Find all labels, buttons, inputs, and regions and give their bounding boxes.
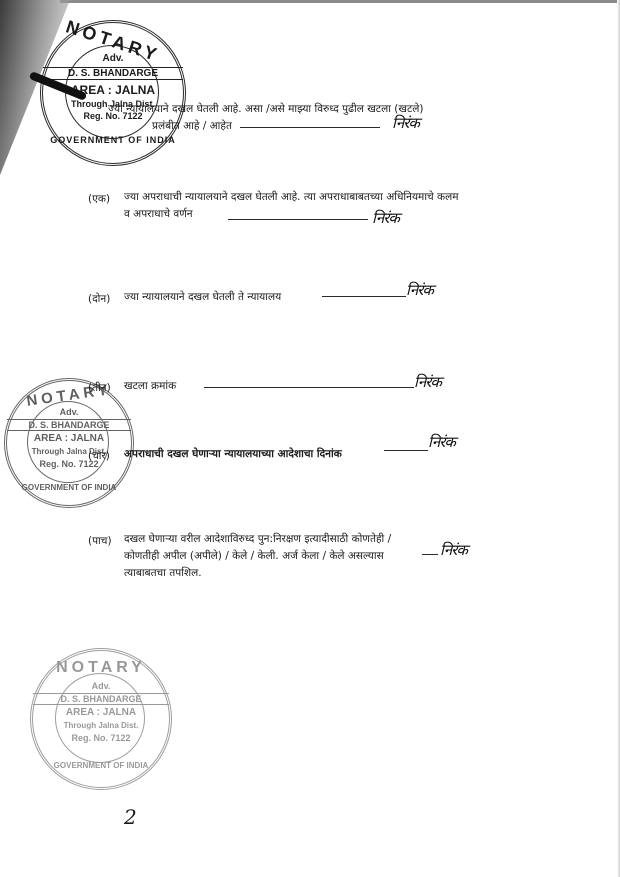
stamp-line: Reg. No. 7122 xyxy=(7,459,131,469)
scan-top-edge xyxy=(60,0,620,3)
stamp-line: Reg. No. 7122 xyxy=(33,733,169,743)
stamp-line: D. S. BHANDARGE xyxy=(33,693,169,705)
stamp-line: AREA : JALNA xyxy=(7,433,131,444)
stamp-line: Through Jalna Dist. xyxy=(7,447,131,456)
stamp-line: Through Jalna Dist. xyxy=(33,721,169,730)
item-don-line-1: ज्या न्यायालयाने दखल घेतली ते न्यायालय xyxy=(124,290,281,305)
answer-nil: निरंक xyxy=(414,372,441,392)
answer-nil: निरंक xyxy=(428,432,455,452)
item-ek-line-1: ज्या अपराधाची न्यायालयाने दखल घेतली आहे.… xyxy=(124,190,459,205)
item-intro-line-2: प्रलंबीत आहे / आहेत xyxy=(152,119,232,134)
item-label: (पाच) xyxy=(88,534,112,548)
item-label: (दोन) xyxy=(88,292,110,306)
answer-line xyxy=(204,387,414,388)
stamp-ring-top: NOTARY xyxy=(33,659,169,677)
stamp-ring-bottom: GOVERNMENT OF INDIA xyxy=(33,761,169,770)
item-label: (तीन) xyxy=(88,381,111,395)
notary-stamp-middle: NOTARY Adv. D. S. BHANDARGE AREA : JALNA… xyxy=(4,378,134,508)
stamp-ring-bottom: GOVERNMENT OF INDIA xyxy=(7,483,131,492)
item-pach-line-1: दखल घेणाऱ्या वरील आदेशाविरुध्द पुन:निरक्… xyxy=(124,532,391,547)
stamp-line: Adv. xyxy=(33,681,169,691)
item-char-line-1: अपराधाची दखल घेणाऱ्या न्यायालयाच्या आदेश… xyxy=(124,447,342,462)
answer-line xyxy=(422,554,438,555)
stamp-line: D. S. BHANDARGE xyxy=(43,67,183,80)
document-page: NOTARY Adv. D. S. BHANDARGE AREA : JALNA… xyxy=(0,0,620,877)
answer-line xyxy=(322,296,406,297)
notary-stamp-top: NOTARY Adv. D. S. BHANDARGE AREA : JALNA… xyxy=(40,20,186,166)
answer-line xyxy=(384,450,428,451)
answer-line xyxy=(228,219,368,220)
answer-nil: निरंक xyxy=(392,113,419,133)
stamp-line: Adv. xyxy=(43,53,183,64)
stamp-line: D. S. BHANDARGE xyxy=(7,419,131,431)
item-ek-line-2: व अपराधाचे वर्णन xyxy=(124,207,193,222)
item-pach-line-2: कोणतीही अपील (अपीले) / केले / केली. अर्ज… xyxy=(124,549,384,564)
item-label: (एक) xyxy=(88,192,110,206)
answer-nil: निरंक xyxy=(440,540,467,560)
item-pach-line-3: त्याबाबतचा तपशिल. xyxy=(124,566,202,581)
stamp-line: Adv. xyxy=(7,407,131,417)
page-mark: 2 xyxy=(124,805,137,829)
notary-stamp-bottom: NOTARY Adv. D. S. BHANDARGE AREA : JALNA… xyxy=(30,648,172,790)
stamp-ring-bottom: GOVERNMENT OF INDIA xyxy=(43,135,183,145)
answer-nil: निरंक xyxy=(406,280,433,300)
answer-nil: निरंक xyxy=(372,208,399,228)
item-teen-line-1: खटला क्रमांक xyxy=(124,379,176,394)
answer-line xyxy=(240,127,380,128)
stamp-line: AREA : JALNA xyxy=(33,707,169,718)
item-intro-line-1: ज्या न्यायालयाने दखल घेतली आहे. असा /असे… xyxy=(108,102,423,117)
item-label: (चार) xyxy=(88,449,110,463)
